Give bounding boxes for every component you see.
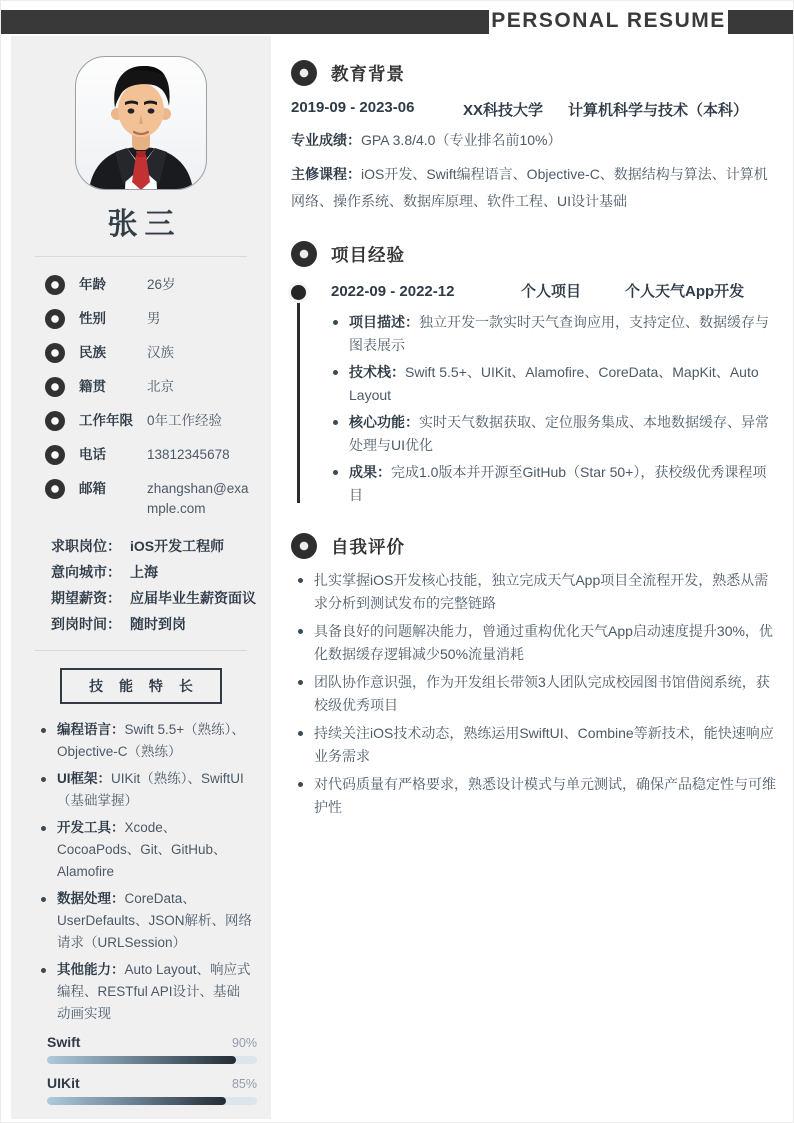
bar-name: Swift	[47, 1034, 80, 1050]
bullet-text: Swift 5.5+、UIKit、Alamofire、CoreData、MapK…	[349, 364, 759, 403]
skill-bar-uikit: UIKit 85%	[47, 1075, 257, 1105]
info-row-phone: 电话 13812345678	[45, 445, 257, 465]
candidate-name: 张三	[11, 199, 271, 243]
info-label: 工作年限	[79, 411, 147, 431]
project-role: 个人项目	[521, 282, 625, 302]
evaluation-list: 扎实掌握iOS开发核心技能，独立完成天气App项目全流程开发，熟悉从需求分析到测…	[291, 569, 779, 819]
bullet-text: 对代码质量有严格要求，熟悉设计模式与单元测试，确保产品稳定性与可维护性	[314, 773, 779, 819]
project-timeline: 2022-09 - 2022-12 个人项目 个人天气App开发 项目描述：独立…	[291, 282, 779, 507]
bullet-text: 团队协作意识强，作为开发组长带领3人团队完成校园图书馆借阅系统，获校级优秀项目	[314, 671, 779, 717]
bullet-dot-icon	[298, 629, 303, 634]
skill-item: UI框架：UIKit（熟练）、SwiftUI（基础掌握）	[39, 768, 253, 812]
bar-name: UIKit	[47, 1075, 80, 1091]
evaluation-bullet: 对代码质量有严格要求，熟悉设计模式与单元测试，确保产品稳定性与可维护性	[296, 773, 779, 819]
bullet-dot-icon	[298, 731, 303, 736]
sidebar: 张三 年龄 26岁 性别 男 民族 汉族 籍贯 北京	[11, 36, 271, 1119]
progress-track	[47, 1056, 257, 1064]
bullet-label: 成果：	[349, 464, 391, 480]
donut-icon	[45, 377, 65, 397]
intent-value: 随时到岗	[130, 611, 186, 637]
main-column: 教育背景 2019-09 - 2023-06 XX科技大学 计算机科学与技术（本…	[271, 36, 794, 824]
bullet-dot-icon	[298, 782, 303, 787]
skill-bar-swift: Swift 90%	[47, 1034, 257, 1064]
intent-row-city: 意向城市： 上海	[51, 559, 257, 585]
donut-icon	[45, 445, 65, 465]
info-label: 民族	[79, 343, 147, 363]
avatar	[75, 56, 207, 190]
courses-text: iOS开发、Swift编程语言、Objective-C、数据结构与算法、计算机网…	[291, 166, 768, 209]
bullet-label: 技术栈：	[349, 364, 405, 380]
bullet-text: 扎实掌握iOS开发核心技能，独立完成天气App项目全流程开发，熟悉从需求分析到测…	[314, 569, 779, 615]
bullet-text: 完成1.0版本并开源至GitHub（Star 50+），获校级优秀课程项目	[349, 464, 766, 503]
progress-fill	[47, 1056, 236, 1064]
education-major: 计算机科学与技术（本科）	[568, 99, 779, 120]
intent-row-position: 求职岗位： iOS开发工程师	[51, 533, 257, 559]
courses-label: 主修课程：	[291, 166, 361, 182]
donut-icon	[45, 343, 65, 363]
resume-page: PERSONAL RESUME	[0, 0, 794, 1123]
evaluation-bullet: 扎实掌握iOS开发核心技能，独立完成天气App项目全流程开发，熟悉从需求分析到测…	[296, 569, 779, 615]
info-row-ethnicity: 民族 汉族	[45, 343, 257, 363]
bullet-dot-icon	[41, 968, 46, 973]
bar-percent: 85%	[232, 1077, 257, 1091]
divider	[35, 650, 247, 651]
education-period: 2019-09 - 2023-06	[291, 99, 463, 120]
section-title: 项目经验	[331, 242, 405, 267]
bullet-dot-icon	[41, 897, 46, 902]
project-bullet-list: 项目描述：独立开发一款实时天气查询应用，支持定位、数据缓存与图表展示 技术栈：S…	[331, 311, 779, 507]
section-bullet-icon	[291, 60, 317, 86]
education-school: XX科技大学	[463, 99, 568, 120]
skill-label: 开发工具：	[57, 820, 125, 835]
info-value: 汉族	[147, 343, 257, 363]
project-bullet: 项目描述：独立开发一款实时天气查询应用，支持定位、数据缓存与图表展示	[331, 311, 779, 357]
info-label: 电话	[79, 445, 147, 465]
divider	[35, 256, 247, 257]
page-title: PERSONAL RESUME	[489, 5, 728, 37]
intent-value: 上海	[130, 559, 158, 585]
evaluation-bullet: 持续关注iOS技术动态，熟练运用SwiftUI、Combine等新技术，能快速响…	[296, 722, 779, 768]
intent-label: 到岗时间：	[51, 611, 121, 637]
intent-label: 期望薪资：	[51, 585, 121, 611]
info-value: zhangshan@example.com	[147, 479, 257, 519]
bar-percent: 90%	[232, 1036, 257, 1050]
info-value: 北京	[147, 377, 257, 397]
evaluation-bullet: 具备良好的问题解决能力，曾通过重构优化天气App启动速度提升30%，优化数据缓存…	[296, 620, 779, 666]
bullet-dot-icon	[333, 470, 338, 475]
education-gpa-line: 专业成绩：GPA 3.8/4.0（专业排名前10%）	[291, 127, 779, 154]
skill-label: 数据处理：	[57, 891, 125, 906]
job-intent-block: 求职岗位： iOS开发工程师 意向城市： 上海 期望薪资： 应届毕业生薪资面议 …	[11, 533, 271, 637]
section-header-evaluation: 自我评价	[291, 533, 779, 559]
bullet-dot-icon	[298, 578, 303, 583]
bullet-dot-icon	[41, 777, 46, 782]
intent-row-salary: 期望薪资： 应届毕业生薪资面议	[51, 585, 257, 611]
info-value: 26岁	[147, 275, 257, 295]
bullet-label: 项目描述：	[349, 314, 419, 330]
bullet-dot-icon	[333, 420, 338, 425]
section-header-education: 教育背景	[291, 60, 779, 86]
section-title: 自我评价	[331, 534, 405, 559]
bullet-dot-icon	[41, 826, 46, 831]
skill-item: 开发工具：Xcode、CocoaPods、Git、GitHub、Alamofir…	[39, 817, 253, 883]
donut-icon	[45, 479, 65, 499]
project-meta-row: 2022-09 - 2022-12 个人项目 个人天气App开发	[331, 282, 779, 302]
gpa-label: 专业成绩：	[291, 132, 361, 148]
education-meta-row: 2019-09 - 2023-06 XX科技大学 计算机科学与技术（本科）	[291, 99, 779, 120]
info-row-experience: 工作年限 0年工作经验	[45, 411, 257, 431]
skill-item: 数据处理：CoreData、UserDefaults、JSON解析、网络请求（U…	[39, 888, 253, 954]
topbar-left-band	[1, 10, 489, 34]
section-title: 教育背景	[331, 61, 405, 86]
project-name: 个人天气App开发	[625, 282, 779, 302]
donut-icon	[45, 309, 65, 329]
avatar-illustration	[75, 56, 207, 190]
info-label: 性别	[79, 309, 147, 329]
info-value: 男	[147, 309, 257, 329]
project-bullet: 技术栈：Swift 5.5+、UIKit、Alamofire、CoreData、…	[331, 361, 779, 407]
info-row-age: 年龄 26岁	[45, 275, 257, 295]
section-bullet-icon	[291, 533, 317, 559]
skill-item: 编程语言：Swift 5.5+（熟练）、Objective-C（熟练）	[39, 719, 253, 763]
info-row-gender: 性别 男	[45, 309, 257, 329]
personal-info-list: 年龄 26岁 性别 男 民族 汉族 籍贯 北京 工作年限 0年工作经验	[11, 275, 271, 519]
skill-label: 编程语言：	[57, 722, 125, 737]
info-label: 籍贯	[79, 377, 147, 397]
info-row-email: 邮箱 zhangshan@example.com	[45, 479, 257, 519]
evaluation-bullet: 团队协作意识强，作为开发组长带领3人团队完成校园图书馆借阅系统，获校级优秀项目	[296, 671, 779, 717]
donut-icon	[45, 411, 65, 431]
info-row-hometown: 籍贯 北京	[45, 377, 257, 397]
progress-track	[47, 1097, 257, 1105]
project-bullet: 核心功能：实时天气数据获取、定位服务集成、本地数据缓存、异常处理与UI优化	[331, 411, 779, 457]
bullet-text: 持续关注iOS技术动态，熟练运用SwiftUI、Combine等新技术，能快速响…	[314, 722, 779, 768]
section-bullet-icon	[291, 241, 317, 267]
gpa-text: GPA 3.8/4.0（专业排名前10%）	[361, 132, 561, 148]
section-header-projects: 项目经验	[291, 241, 779, 267]
intent-value: 应届毕业生薪资面议	[130, 585, 256, 611]
bullet-dot-icon	[298, 680, 303, 685]
bullet-dot-icon	[333, 370, 338, 375]
bullet-text: 具备良好的问题解决能力，曾通过重构优化天气App启动速度提升30%，优化数据缓存…	[314, 620, 779, 666]
info-label: 邮箱	[79, 479, 147, 499]
skill-label: UI框架：	[57, 771, 111, 786]
info-value: 0年工作经验	[147, 411, 257, 431]
info-value: 13812345678	[147, 445, 257, 465]
intent-row-availability: 到岗时间： 随时到岗	[51, 611, 257, 637]
education-courses-line: 主修课程：iOS开发、Swift编程语言、Objective-C、数据结构与算法…	[291, 161, 779, 215]
skill-bars: Swift 90% UIKit 85%	[11, 1034, 271, 1105]
info-label: 年龄	[79, 275, 147, 295]
project-bullet: 成果：完成1.0版本并开源至GitHub（Star 50+），获校级优秀课程项目	[331, 461, 779, 507]
bullet-label: 核心功能：	[349, 414, 419, 430]
intent-value: iOS开发工程师	[130, 533, 224, 559]
topbar-right-band	[728, 10, 794, 34]
bullet-dot-icon	[41, 728, 46, 733]
intent-label: 求职岗位：	[51, 533, 121, 559]
timeline-dot-icon	[291, 285, 306, 300]
project-period: 2022-09 - 2022-12	[331, 282, 521, 302]
progress-fill	[47, 1097, 226, 1105]
bullet-dot-icon	[333, 320, 338, 325]
skills-section-title: 技 能 特 长	[60, 668, 222, 704]
intent-label: 意向城市：	[51, 559, 121, 585]
skill-label: 其他能力：	[57, 962, 125, 977]
timeline-rail	[297, 300, 300, 503]
donut-icon	[45, 275, 65, 295]
skills-list: 编程语言：Swift 5.5+（熟练）、Objective-C（熟练） UI框架…	[11, 719, 271, 1025]
skill-item: 其他能力：Auto Layout、响应式编程、RESTful API设计、基础动…	[39, 959, 253, 1025]
